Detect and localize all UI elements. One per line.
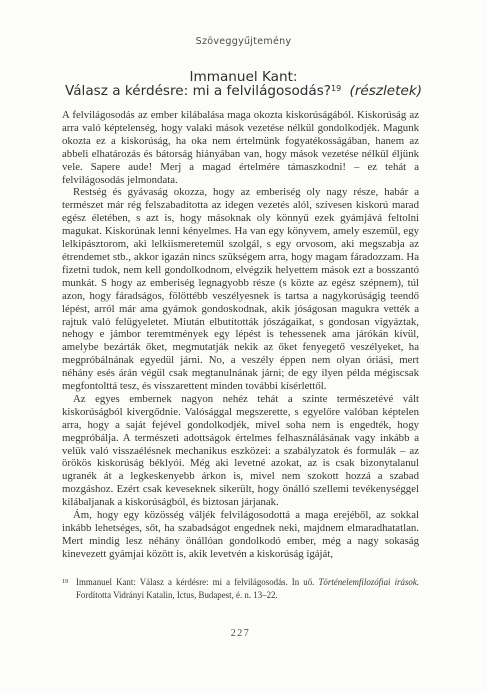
title-question-line: Válasz a kérdésre: mi a felvilágosodás?1…: [0, 84, 487, 98]
paragraph-2: Restség és gyávaság okozza, hogy az embe…: [62, 186, 419, 393]
article-body: A felvilágosodás az ember kilábalása mag…: [62, 109, 419, 561]
title-author-line: Immanuel Kant:: [0, 70, 487, 84]
paragraph-3: Az egyes embernek nagyon nehéz tehát a s…: [62, 393, 419, 509]
running-header: Szöveggyűjtemény: [0, 36, 487, 47]
article-title: Immanuel Kant: Válasz a kérdésre: mi a f…: [0, 70, 487, 98]
footnote-work-title: Történelemfilozófiai írások.: [319, 577, 420, 587]
title-suffix: (részletek): [350, 83, 422, 99]
footnote-citation-start: Immanuel Kant: Válasz a kérdésre: mi a f…: [76, 577, 319, 587]
page-number: 227: [62, 628, 419, 639]
footnote-citation-end: Fordította Vidrányi Katalin, Ictus, Buda…: [76, 590, 278, 600]
title-footnote-ref: 19: [331, 84, 341, 93]
title-question-text: Válasz a kérdésre: mi a felvilágosodás?: [65, 83, 331, 99]
paragraph-4: Ám, hogy egy közösség váljék felvilágoso…: [62, 509, 419, 561]
footnote-marker: 19: [62, 575, 68, 588]
book-page: Szöveggyűjtemény Immanuel Kant: Válasz a…: [0, 0, 487, 693]
paragraph-1: A felvilágosodás az ember kilábalása mag…: [62, 109, 419, 186]
footnote: 19Immanuel Kant: Válasz a kérdésre: mi a…: [62, 576, 419, 602]
